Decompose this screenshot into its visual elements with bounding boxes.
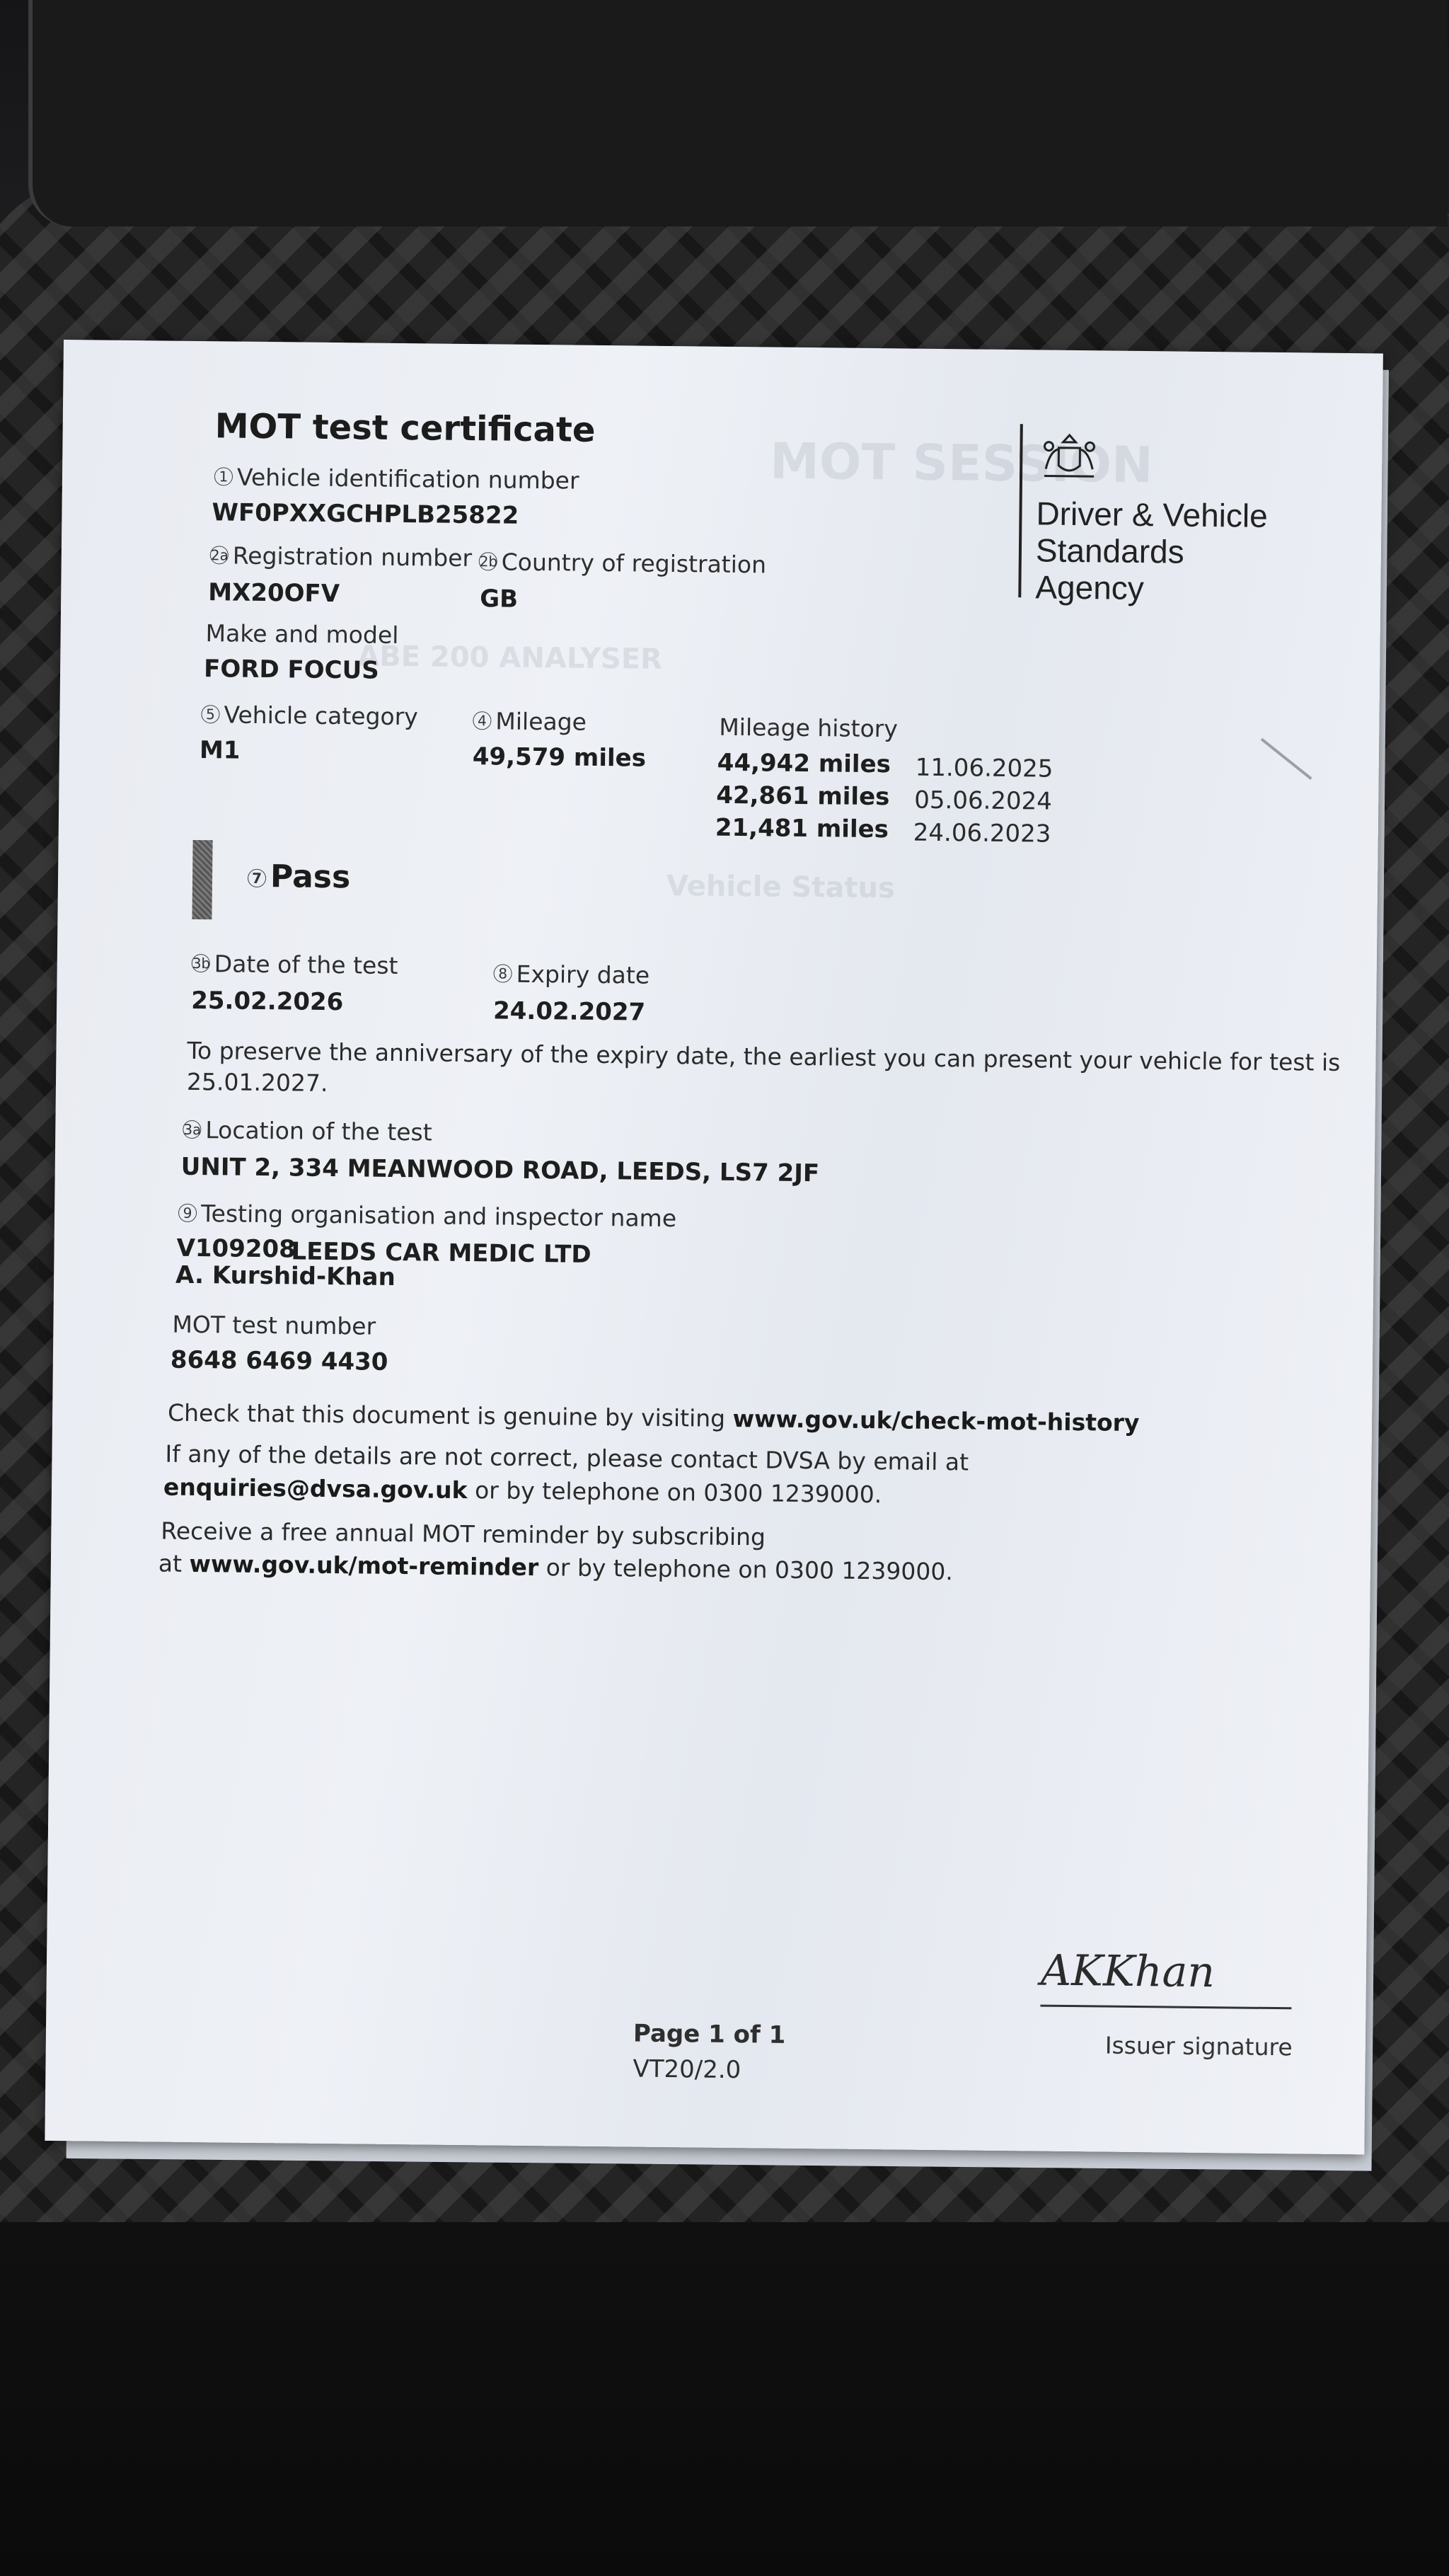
contact-text: If any of the details are not correct, p… bbox=[165, 1440, 969, 1476]
registration-value: MX20OFV bbox=[208, 578, 340, 608]
mot-reminder-link[interactable]: www.gov.uk/mot-reminder bbox=[189, 1550, 538, 1581]
staple bbox=[1261, 738, 1312, 780]
field-number-badge: 7 bbox=[248, 869, 266, 887]
form-code: VT20/2.0 bbox=[633, 2055, 741, 2085]
agency-name-line: Standards bbox=[1036, 531, 1268, 570]
field-number-badge: 2a bbox=[210, 546, 229, 564]
issuer-signature: AKKhan bbox=[1041, 1946, 1216, 1998]
vin-label: 1Vehicle identification number bbox=[214, 463, 579, 494]
mileage-label: 4Mileage bbox=[473, 707, 587, 736]
mileage-history-date: 05.06.2024 bbox=[914, 786, 1052, 816]
reminder-text-2: at www.gov.uk/mot-reminder or by telepho… bbox=[158, 1549, 953, 1585]
field-number-badge: 1 bbox=[214, 467, 233, 485]
test-date-value: 25.02.2026 bbox=[191, 987, 344, 1016]
testing-site-id: V109208 bbox=[176, 1234, 296, 1264]
field-number-badge: 9 bbox=[178, 1204, 197, 1222]
dvsa-email-link[interactable]: enquiries@dvsa.gov.uk bbox=[163, 1473, 468, 1504]
agency-name-line: Agency bbox=[1035, 568, 1267, 607]
vin-value: WF0PXXGCHPLB25822 bbox=[212, 498, 519, 530]
document-title: MOT test certificate bbox=[214, 406, 595, 450]
mileage-history-date: 24.06.2023 bbox=[913, 819, 1051, 849]
test-date-label: 3bDate of the test bbox=[192, 950, 398, 979]
expiry-date-label: 8Expiry date bbox=[493, 960, 650, 989]
field-number-badge: 5 bbox=[201, 705, 219, 723]
field-number-badge: 8 bbox=[494, 964, 512, 982]
test-result: 7Pass bbox=[248, 858, 351, 896]
inspector-name: A. Kurshid-Khan bbox=[175, 1261, 396, 1292]
background-dark-bottom bbox=[0, 2222, 1449, 2576]
mileage-value: 49,579 miles bbox=[473, 742, 646, 773]
field-number-badge: 3a bbox=[183, 1120, 201, 1139]
vehicle-category-label: 5Vehicle category bbox=[201, 701, 418, 730]
testing-org-label: 9Testing organisation and inspector name bbox=[178, 1200, 676, 1232]
royal-coat-of-arms-icon bbox=[1037, 426, 1102, 483]
country-value: GB bbox=[480, 585, 518, 614]
test-number-value: 8648 6469 4430 bbox=[171, 1346, 388, 1376]
anniversary-note: To preserve the anniversary of the expir… bbox=[187, 1037, 1340, 1076]
vehicle-category-value: M1 bbox=[200, 736, 241, 765]
mileage-history-miles: 21,481 miles bbox=[715, 814, 889, 844]
test-number-label: MOT test number bbox=[172, 1311, 376, 1340]
field-number-badge: 3b bbox=[192, 954, 210, 972]
show-through-text: Vehicle Status bbox=[666, 870, 895, 904]
expiry-date-value: 24.02.2027 bbox=[493, 996, 646, 1026]
make-model-value: FORD FOCUS bbox=[204, 655, 379, 685]
signature-line bbox=[1040, 2005, 1291, 2010]
check-genuine-text: Check that this document is genuine by v… bbox=[168, 1399, 1140, 1437]
mileage-history-miles: 42,861 miles bbox=[716, 781, 889, 812]
mot-certificate-paper: MOT SESSION ABE 200 ANALYSER Vehicle Sta… bbox=[45, 340, 1383, 2154]
registration-label: 2aRegistration number bbox=[210, 541, 473, 572]
signature-label: Issuer signature bbox=[1105, 2032, 1293, 2062]
location-value: UNIT 2, 334 MEANWOOD ROAD, LEEDS, LS7 2J… bbox=[181, 1153, 820, 1188]
agency-name-line: Driver & Vehicle bbox=[1036, 495, 1268, 534]
mileage-history-miles: 44,942 miles bbox=[717, 749, 891, 779]
anniversary-note-date: 25.01.2027. bbox=[187, 1068, 328, 1097]
reminder-text: Receive a free annual MOT reminder by su… bbox=[161, 1517, 766, 1551]
show-through-text: ABE 200 ANALYSER bbox=[357, 640, 662, 676]
mileage-history-date: 11.06.2025 bbox=[916, 754, 1053, 783]
result-indicator-bar bbox=[192, 840, 212, 919]
background-seat-back bbox=[28, 0, 1448, 226]
contact-text-2: enquiries@dvsa.gov.uk or by telephone on… bbox=[163, 1473, 882, 1509]
country-label: 2bCountry of registration bbox=[479, 548, 767, 578]
check-mot-history-link[interactable]: www.gov.uk/check-mot-history bbox=[732, 1405, 1139, 1437]
field-number-badge: 2b bbox=[479, 552, 497, 570]
page-indicator: Page 1 of 1 bbox=[633, 2020, 786, 2049]
location-label: 3aLocation of the test bbox=[183, 1116, 432, 1146]
field-number-badge: 4 bbox=[473, 711, 491, 730]
agency-name: Driver & Vehicle Standards Agency bbox=[1035, 495, 1268, 607]
mileage-history-label: Mileage history bbox=[719, 713, 898, 743]
make-model-label: Make and model bbox=[205, 619, 398, 649]
